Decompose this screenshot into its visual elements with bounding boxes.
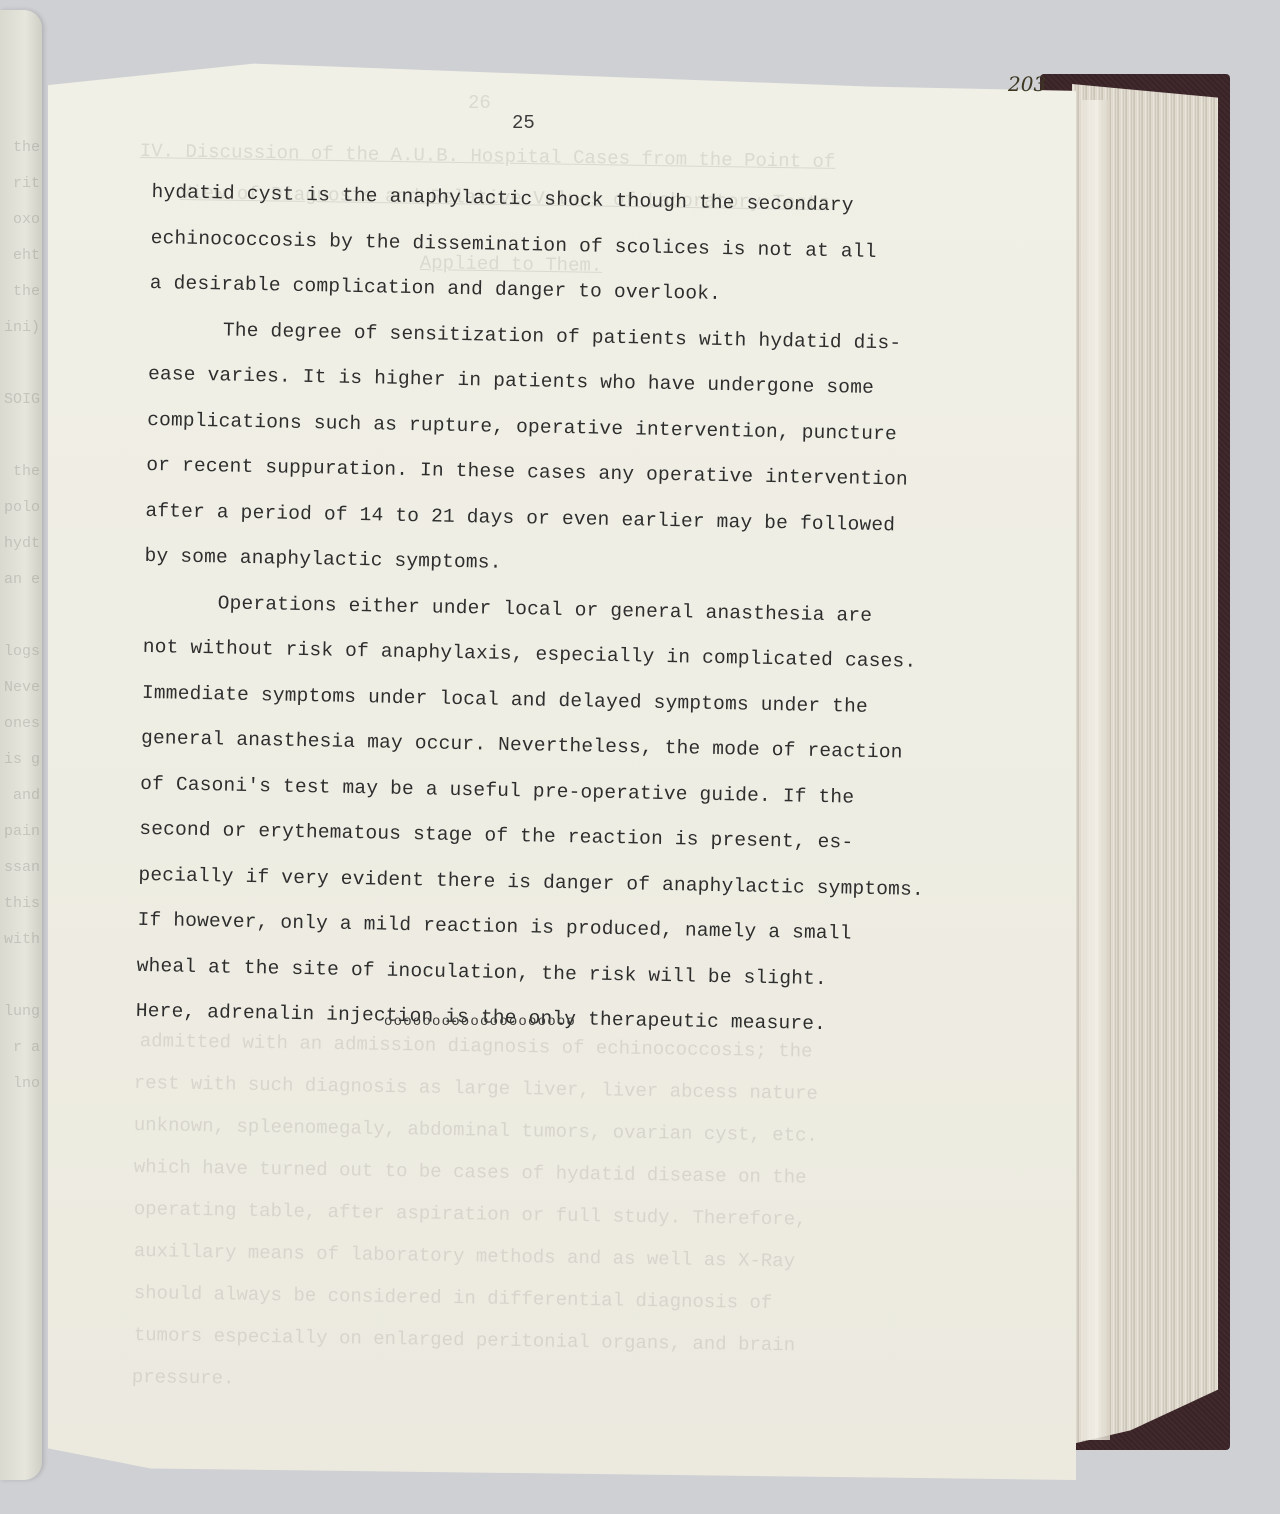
left-page-fragment: ones bbox=[0, 706, 40, 742]
left-page-fragment: with bbox=[0, 922, 40, 958]
left-page-fragment: Neve bbox=[0, 670, 40, 706]
bleed-through-line: pressure. bbox=[132, 1366, 235, 1390]
left-page-fragment bbox=[0, 346, 40, 382]
paragraph-2: The degree of sensitization of patients … bbox=[144, 306, 1029, 596]
left-page-fragment: the bbox=[0, 130, 40, 166]
left-page-fragment: is g bbox=[0, 742, 40, 778]
left-page-fragment: lno bbox=[0, 1066, 40, 1102]
left-page-fragment: r a bbox=[0, 1030, 40, 1066]
section-separator: oooooooooooooooooooo bbox=[384, 1014, 576, 1030]
left-page-edge: theritoxoehttheini) SOIG thepolohydtan e… bbox=[0, 10, 42, 1480]
page-stack-highlight bbox=[1082, 100, 1110, 1440]
left-page-fragment bbox=[0, 958, 40, 994]
left-page-fragment: the bbox=[0, 274, 40, 310]
left-page-fragment: oxo bbox=[0, 202, 40, 238]
left-page-fragment: this bbox=[0, 886, 40, 922]
left-page-fragment: eht bbox=[0, 238, 40, 274]
left-page-fragment: ssan bbox=[0, 850, 40, 886]
left-page-fragment: polo bbox=[0, 490, 40, 526]
left-page-fragment bbox=[0, 418, 40, 454]
left-page-fragment: and bbox=[0, 778, 40, 814]
left-page-fragment: rit bbox=[0, 166, 40, 202]
page-number: 25 bbox=[512, 112, 535, 134]
left-page-fragment: the bbox=[0, 454, 40, 490]
paragraph-1: hydatid cyst is the anaphylactic shock t… bbox=[149, 170, 1031, 323]
left-page-fragment: an e bbox=[0, 562, 40, 598]
paragraph-3: Operations either under local or general… bbox=[135, 579, 1024, 1051]
left-page-fragment: pain bbox=[0, 814, 40, 850]
left-page-ghost-text: theritoxoehttheini) SOIG thepolohydtan e… bbox=[0, 130, 40, 1102]
left-page-fragment: SOIG bbox=[0, 382, 40, 418]
folio-number: 203 bbox=[1008, 72, 1046, 96]
bleed-through-page-number: 26 bbox=[468, 92, 491, 114]
left-page-fragment bbox=[0, 598, 40, 634]
left-page-fragment: ini) bbox=[0, 310, 40, 346]
left-page-fragment: logs bbox=[0, 634, 40, 670]
left-page-fragment: hydt bbox=[0, 526, 40, 562]
left-page-fragment: lung bbox=[0, 994, 40, 1030]
body-text: hydatid cyst is the anaphylactic shock t… bbox=[135, 170, 1031, 1051]
